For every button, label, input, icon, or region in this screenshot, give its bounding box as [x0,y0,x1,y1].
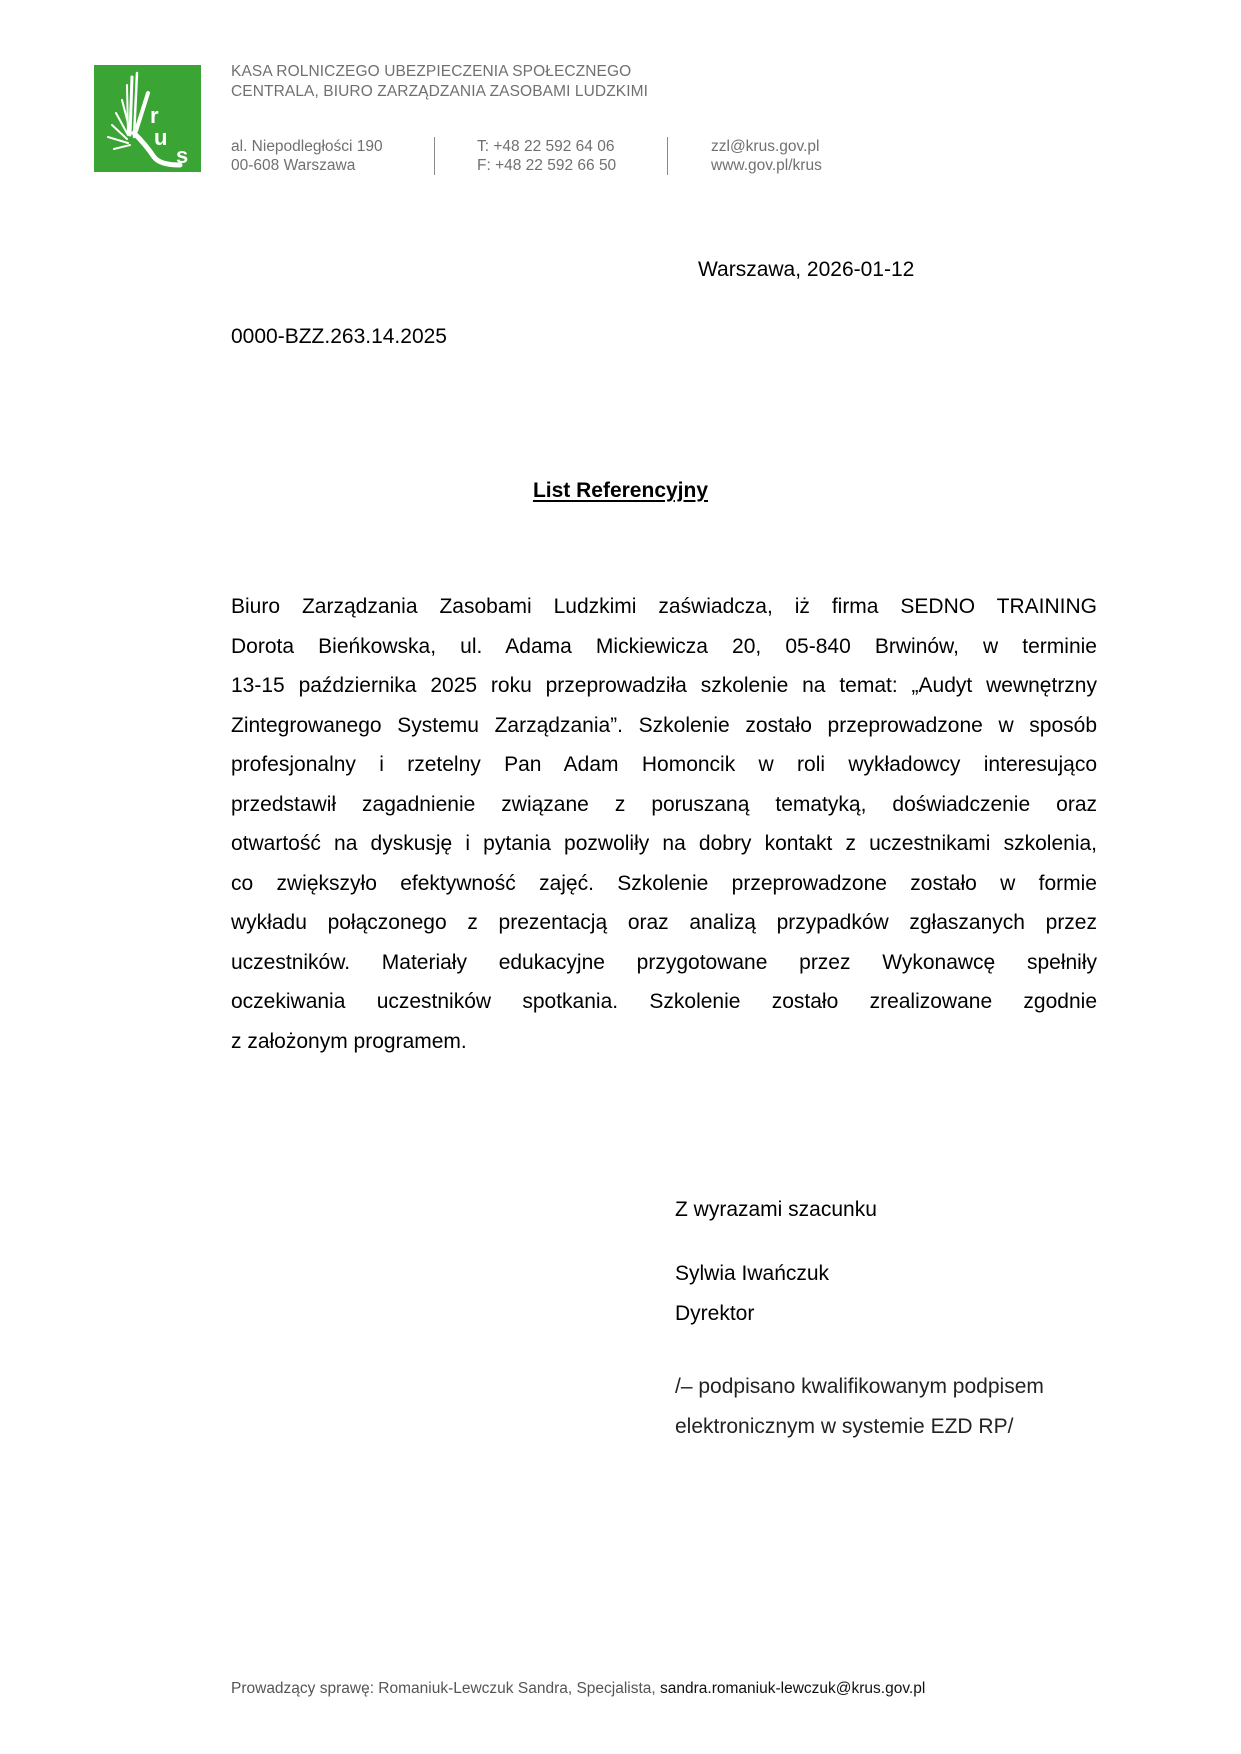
body-line: przedstawił zagadnienie związane z porus… [231,785,1097,825]
body-line: co zwiększyło efektywność zajęć. Szkolen… [231,864,1097,904]
organization-line-1: KASA ROLNICZEGO UBEZPIECZENIA SPOŁECZNEG… [231,62,648,82]
footer-handler-email-link[interactable]: sandra.romaniuk-lewczuk@krus.gov.pl [660,1680,925,1697]
footer-handler-label: Prowadzący sprawę: Romaniuk-Lewczuk Sand… [231,1680,660,1697]
body-line: uczestników. Materiały edukacyjne przygo… [231,943,1097,983]
phone-number: T: +48 22 592 64 06 [477,137,616,156]
header-divider [667,137,668,175]
closing-salutation: Z wyrazami szacunku [675,1198,877,1222]
fax-number: F: +48 22 592 66 50 [477,156,616,175]
header-contact-online: zzl@krus.gov.pl www.gov.pl/krus [711,137,822,175]
letter-body: Biuro Zarządzania Zasobami Ludzkimi zaśw… [231,587,1097,1061]
header-email-link[interactable]: zzl@krus.gov.pl [711,137,822,156]
header-divider [434,137,435,175]
body-line: z założonym programem. [231,1022,1097,1062]
header-website-link[interactable]: www.gov.pl/krus [711,156,822,175]
address-city: 00-608 Warszawa [231,156,383,175]
signature-note-line-1: /– podpisano kwalifikowanym podpisem [675,1367,1044,1407]
svg-text:u: u [154,125,167,150]
krus-logo-icon: r u s [94,65,201,172]
body-line: wykładu połączonego z prezentacją oraz a… [231,903,1097,943]
krus-logo: r u s [94,65,201,172]
body-line: Biuro Zarządzania Zasobami Ludzkimi zaśw… [231,587,1097,627]
body-line: Zintegrowanego Systemu Zarządzania”. Szk… [231,706,1097,746]
svg-text:s: s [176,143,188,168]
header-address: al. Niepodległości 190 00-608 Warszawa [231,137,383,175]
body-line: 13-15 października 2025 roku przeprowadz… [231,666,1097,706]
signature-note: /– podpisano kwalifikowanym podpisem ele… [675,1367,1044,1446]
signatory-name: Sylwia Iwańczuk [675,1262,829,1286]
body-line: otwartość na dyskusję i pytania pozwolił… [231,824,1097,864]
header-contact-phones: T: +48 22 592 64 06 F: +48 22 592 66 50 [477,137,616,175]
letter-title-text: List Referencyjny [533,479,708,502]
signature-note-line-2: elektronicznym w systemie EZD RP/ [675,1407,1044,1447]
place-date: Warszawa, 2026-01-12 [698,258,914,282]
letter-title: List Referencyjny [0,479,1241,503]
reference-number: 0000-BZZ.263.14.2025 [231,325,447,349]
organization-name: KASA ROLNICZEGO UBEZPIECZENIA SPOŁECZNEG… [231,62,648,102]
signatory-title: Dyrektor [675,1302,754,1326]
footer-handler: Prowadzący sprawę: Romaniuk-Lewczuk Sand… [231,1680,925,1698]
organization-line-2: CENTRALA, BIURO ZARZĄDZANIA ZASOBAMI LUD… [231,82,648,102]
body-line: Dorota Bieńkowska, ul. Adama Mickiewicza… [231,627,1097,667]
address-street: al. Niepodległości 190 [231,137,383,156]
body-line: profesjonalny i rzetelny Pan Adam Homonc… [231,745,1097,785]
body-line: oczekiwania uczestników spotkania. Szkol… [231,982,1097,1022]
